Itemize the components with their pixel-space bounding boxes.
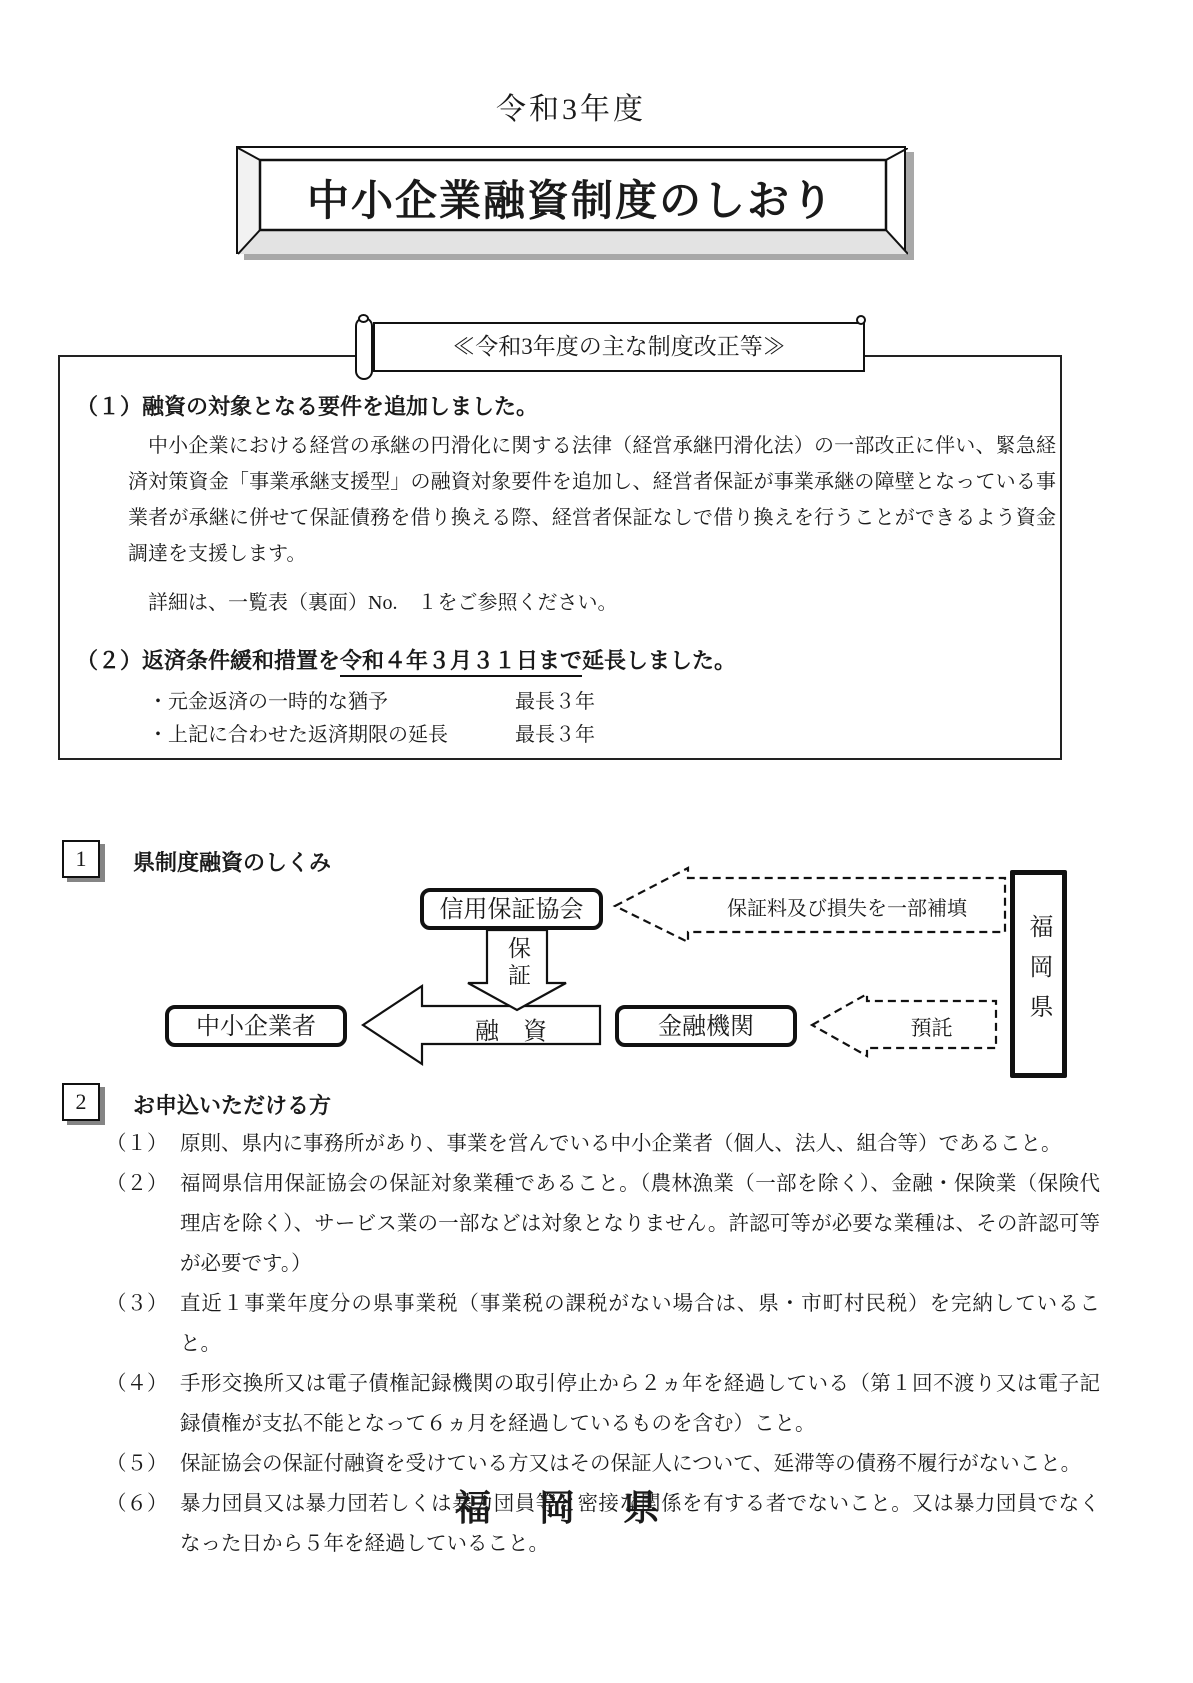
- revision-1-heading: （１）融資の対象となる要件を追加しました。: [76, 390, 538, 421]
- item-text: 手形交換所又は電子債権記録機関の取引停止から２ヵ年を経過している（第１回不渡り又…: [180, 1364, 1100, 1444]
- item-text: 保証協会の保証付融資を受けている方又はその保証人について、延滞等の債務不履行がな…: [180, 1444, 1100, 1484]
- publisher-footer: 福 岡 県: [58, 1480, 1062, 1531]
- bullet-label: ・元金返済の一時的な猶予: [148, 686, 515, 719]
- financial-institution-box: 金融機関: [615, 1005, 797, 1047]
- section-2-marker: 2: [62, 1083, 100, 1121]
- item-number: （１）: [106, 1124, 180, 1164]
- fiscal-year-title: 令和3年度: [236, 84, 906, 128]
- subsidy-arrow-label: 保証料及び損失を一部補填: [693, 892, 1001, 921]
- item-number: （３）: [106, 1284, 180, 1364]
- bullet-principal-deferment: ・元金返済の一時的な猶予 最長３年: [148, 686, 908, 719]
- revision-2-heading-underlined: 令和４年３月３１日まで: [340, 648, 582, 677]
- bullet-label: ・上記に合わせた返済期限の延長: [148, 719, 515, 752]
- item-number: （５）: [106, 1444, 180, 1484]
- revision-2-heading-suffix: 延長しました。: [582, 648, 736, 673]
- section-1-marker: 1: [62, 840, 100, 878]
- prefecture-box: 福岡県: [1010, 870, 1067, 1078]
- main-title: 中小企業融資制度のしおり: [236, 168, 906, 228]
- list-item: （１） 原則、県内に事務所があり、事業を営んでいる中小企業者（個人、法人、組合等…: [106, 1124, 1100, 1164]
- deposit-arrow-label: 預託: [867, 1012, 996, 1042]
- section-1-title: 県制度融資のしくみ: [133, 846, 331, 877]
- prefecture-label-text: 福岡県: [1021, 914, 1056, 1034]
- bullet-repayment-extension: ・上記に合わせた返済期限の延長 最長３年: [148, 719, 908, 752]
- item-text: 直近１事業年度分の県事業税（事業税の課税がない場合は、県・市町村民税）を完納して…: [180, 1284, 1100, 1364]
- list-item: （５） 保証協会の保証付融資を受けている方又はその保証人について、延滞等の債務不…: [106, 1444, 1100, 1484]
- item-text: 福岡県信用保証協会の保証対象業種であること。（農林漁業（一部を除く）、金融・保険…: [180, 1164, 1100, 1284]
- banner-scroll-curl: [856, 315, 866, 325]
- revision-2-heading: （２）返済条件緩和措置を令和４年３月３１日まで延長しました。: [76, 644, 736, 675]
- revision-2-heading-prefix: （２）返済条件緩和措置を: [76, 648, 340, 673]
- revision-2-bullets: ・元金返済の一時的な猶予 最長３年 ・上記に合わせた返済期限の延長 最長３年: [148, 686, 908, 752]
- credit-guarantee-corp-box: 信用保証協会: [420, 888, 603, 930]
- document-page: 令和3年度 中小企業融資制度のしおり ≪令和3年度の主な制度改正等≫ （１）融資…: [0, 0, 1193, 1683]
- loan-arrow-label: 融 資: [422, 1011, 600, 1046]
- list-item: （２） 福岡県信用保証協会の保証対象業種であること。（農林漁業（一部を除く）、金…: [106, 1164, 1100, 1284]
- list-item: （４） 手形交換所又は電子債権記録機関の取引停止から２ヵ年を経過している（第１回…: [106, 1364, 1100, 1444]
- bullet-value: 最長３年: [515, 719, 595, 752]
- item-text: 原則、県内に事務所があり、事業を営んでいる中小企業者（個人、法人、組合等）である…: [180, 1124, 1100, 1164]
- revisions-banner-title: ≪令和3年度の主な制度改正等≫: [373, 322, 865, 372]
- list-item: （３） 直近１事業年度分の県事業税（事業税の課税がない場合は、県・市町村民税）を…: [106, 1284, 1100, 1364]
- sme-box: 中小企業者: [165, 1005, 347, 1047]
- revision-1-body: 中小企業における経営の承継の円滑化に関する法律（経営承継円滑化法）の一部改正に伴…: [128, 428, 1056, 572]
- banner-scroll-roll-tip: [358, 314, 369, 323]
- guarantee-label-text: 保証: [501, 936, 534, 990]
- bullet-value: 最長３年: [515, 686, 595, 719]
- item-number: （４）: [106, 1364, 180, 1444]
- banner-scroll-roll: [355, 317, 373, 380]
- item-number: （２）: [106, 1164, 180, 1284]
- section-2-title: お申込いただける方: [133, 1089, 331, 1120]
- guarantee-arrow-label: 保証: [501, 936, 534, 995]
- revision-1-note: 詳細は、一覧表（裏面）No. １をご参照ください。: [148, 586, 617, 615]
